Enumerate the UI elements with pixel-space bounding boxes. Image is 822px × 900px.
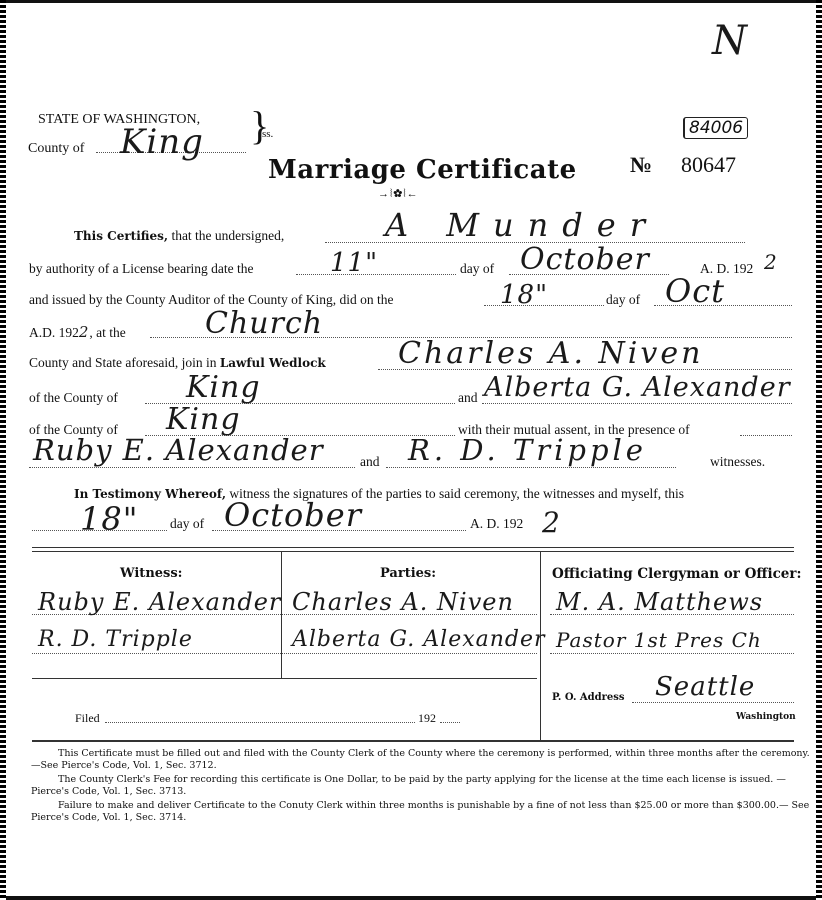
bride-line [482, 403, 792, 404]
bride-name: Alberta G. Alexander [484, 372, 791, 403]
license-year-digit: 2 [764, 250, 778, 274]
table-top-rule [32, 547, 794, 552]
party-signature-2: Alberta G. Alexander [292, 627, 546, 652]
witness-signature-2: R. D. Tripple [38, 627, 193, 652]
filed-label: Filed [75, 711, 100, 726]
scan-right-edge [816, 0, 822, 900]
corner-mark: N [712, 18, 748, 64]
testimony-lead: In Testimony Whereof, [74, 487, 226, 501]
undersigned-text: that the undersigned, [171, 228, 284, 243]
legal-notes: This Certificate must be filled out and … [31, 748, 801, 824]
filed-year: 192 [418, 711, 436, 726]
parties-column-header: Parties: [380, 566, 436, 581]
po-state: Washington [736, 712, 796, 722]
license-date-text: by authority of a License bearing date t… [29, 261, 254, 277]
testimony-line: In Testimony Whereof, witness the signat… [74, 486, 684, 502]
document-title: Marriage Certificate [268, 155, 577, 185]
presence-line [740, 435, 792, 436]
sign-month: October [224, 496, 362, 534]
groom-county: King [186, 370, 261, 405]
officer-row2-line [550, 653, 794, 654]
sign-day-of: day of [170, 516, 204, 532]
groom-name: Charles A. Niven [398, 336, 703, 371]
officer-column-header: Officiating Clergyman or Officer: [552, 566, 801, 582]
note-3a: Failure to make and deliver Certificate … [31, 800, 801, 812]
officiant-handwritten: A Munder [385, 206, 659, 244]
sign-year-digit: 2 [542, 506, 561, 539]
scan-top-edge [0, 0, 822, 3]
witness2-name: R. D. Tripple [408, 433, 647, 467]
ad-line: A.D. 1922, at the [29, 323, 126, 341]
note-1a: This Certificate must be filled out and … [31, 748, 801, 760]
party-signature-1: Charles A. Niven [292, 588, 514, 616]
officer-title: Pastor 1st Pres Ch [556, 628, 762, 652]
table-mid-rule [32, 678, 537, 679]
license-day-of: day of [460, 261, 494, 277]
scan-bottom-edge [0, 896, 822, 900]
table-bottom-rule [32, 740, 794, 742]
sign-ad: A. D. 192 [470, 516, 523, 532]
license-day: 11" [330, 248, 378, 278]
title-ornament: →⦚✿⦚← [378, 188, 419, 201]
officer-signature: M. A. Matthews [556, 588, 763, 616]
groom-county-text: of the County of [29, 390, 118, 406]
license-month: October [520, 242, 650, 277]
ss-label: ss. [262, 128, 273, 140]
ceremony-place: Church [205, 306, 323, 341]
ceremony-day: 18" [500, 280, 548, 310]
ceremony-day-of: day of [606, 292, 640, 308]
sign-day: 18" [80, 500, 138, 538]
witness1-name: Ruby E. Alexander [33, 433, 324, 467]
lawful-wedlock: Lawful Wedlock [220, 356, 326, 370]
witness2-line [386, 467, 676, 468]
note-1b: —See Pierce's Code, Vol. 1, Sec. 3712. [31, 760, 801, 772]
county-value: King [120, 122, 204, 162]
note-2a: The County Clerk's Fee for recording thi… [31, 774, 801, 786]
witnesses-text: witnesses. [710, 454, 765, 470]
this-certifies-lead: This Certifies, [74, 229, 168, 243]
number-label: № [630, 152, 652, 178]
witness-and-text: and [360, 454, 380, 470]
note-2b: Pierce's Code, Vol. 1, Sec. 3713. [31, 786, 801, 798]
certificate-number: 80647 [681, 152, 736, 178]
po-address-label: P. O. Address [552, 692, 625, 703]
sig-row2-line [32, 653, 537, 654]
and-text: and [458, 390, 478, 406]
scan-left-edge [0, 0, 6, 900]
file-number-annotation: 84006 [683, 117, 748, 139]
po-address-value: Seattle [655, 672, 755, 702]
join-line: County and State aforesaid, join in Lawf… [29, 355, 326, 371]
witness1-line [29, 467, 355, 468]
ceremony-month: Oct [665, 272, 725, 310]
ad-label: A.D. 192 [29, 325, 79, 340]
at-the-text: , at the [89, 325, 125, 340]
witness-signature-1: Ruby E. Alexander [38, 588, 281, 616]
county-label: County of [28, 141, 84, 157]
ad-year-digit: 2 [79, 323, 90, 341]
filed-year-line [440, 722, 460, 723]
po-address-line [632, 702, 794, 703]
this-certifies-line: This Certifies, that the undersigned, [74, 228, 284, 244]
bride-county: King [166, 402, 241, 437]
join-text: County and State aforesaid, join in [29, 355, 216, 370]
witness-column-header: Witness: [120, 566, 182, 581]
note-3b: Pierce's Code, Vol. 1, Sec. 3714. [31, 812, 801, 824]
filed-line [105, 722, 415, 723]
brace: } [250, 106, 269, 146]
